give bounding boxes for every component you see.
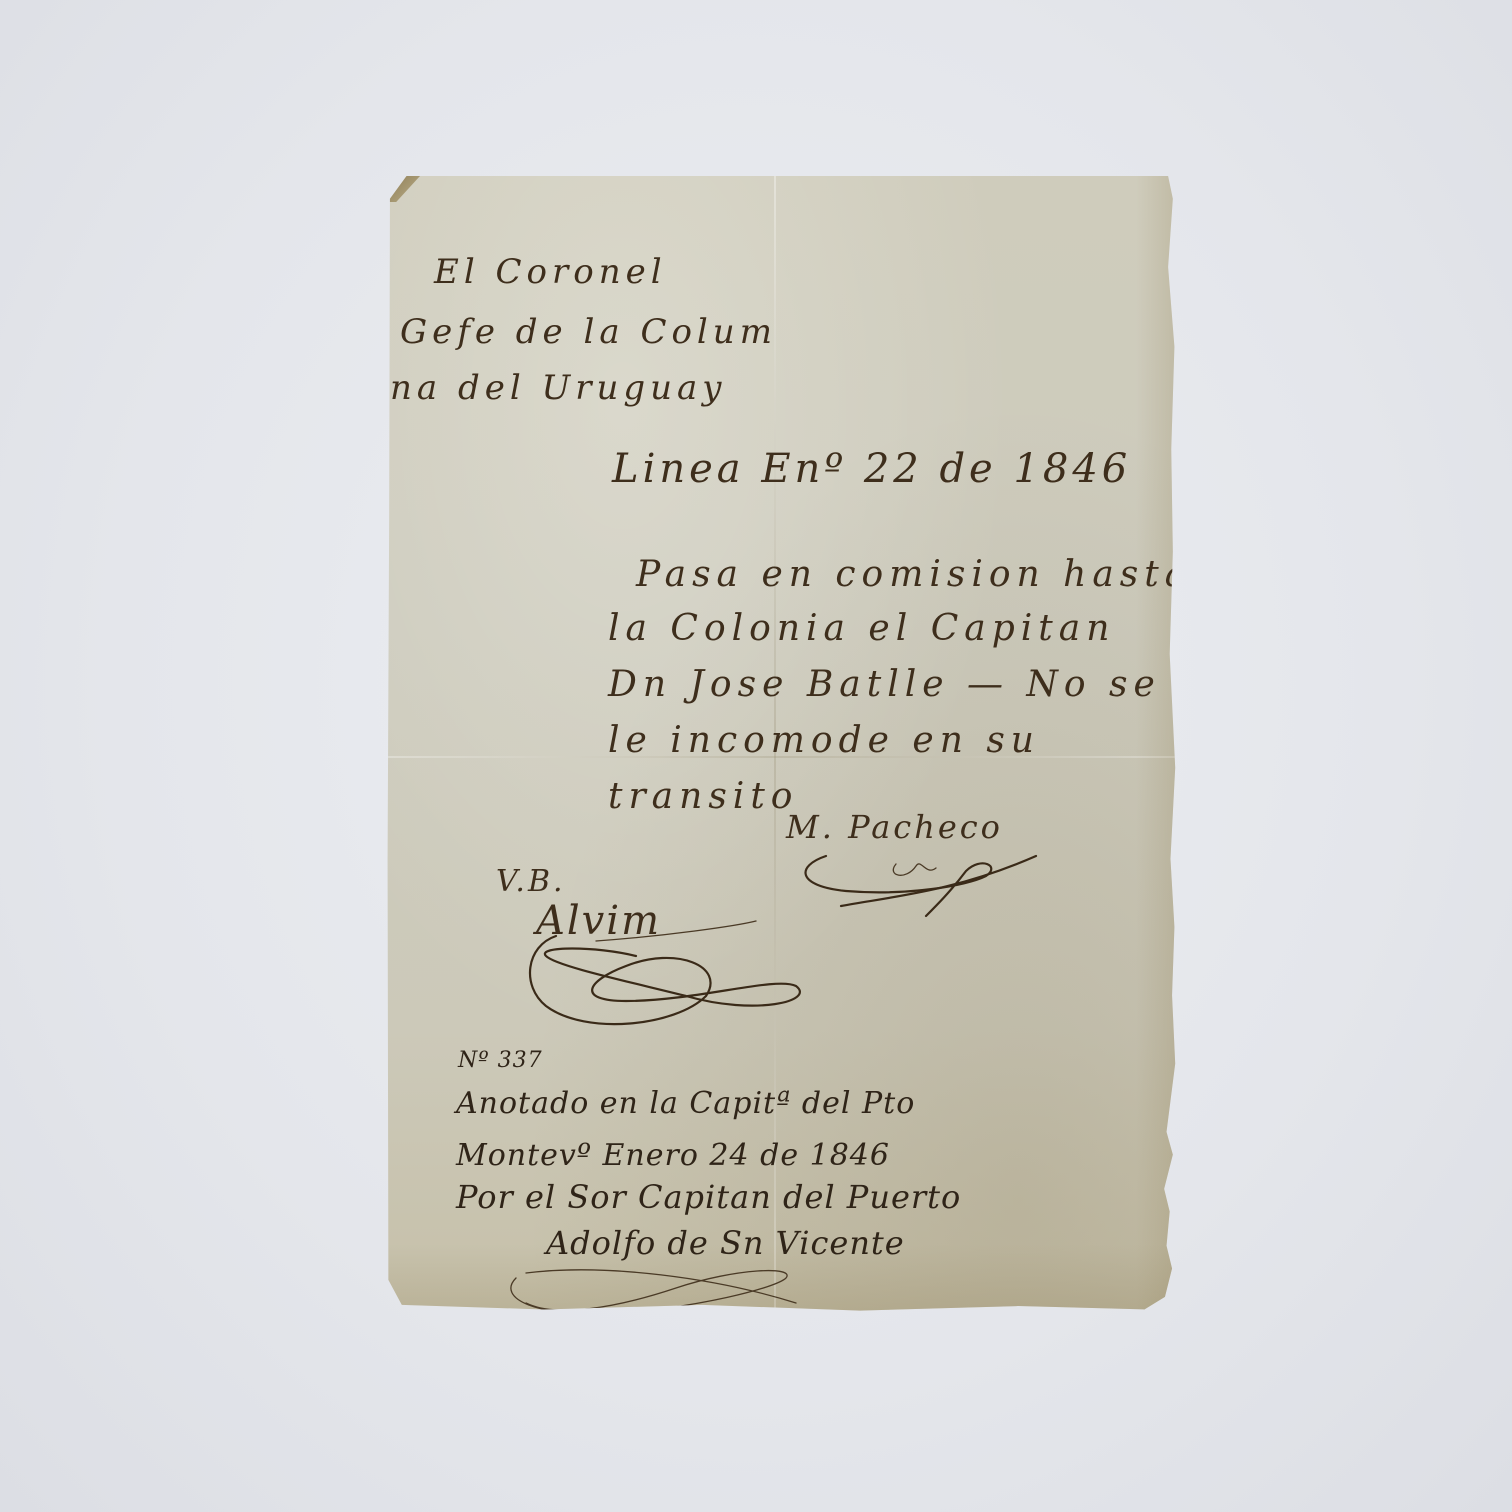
dateline: Linea Enº 22 de 1846 — [612, 446, 1131, 492]
address-line-2: Gefe de la Colum — [400, 312, 777, 352]
body-line-3: Dn Jose Batlle — No se — [608, 664, 1161, 705]
registry-number: Nº 337 — [458, 1048, 543, 1073]
document-sheet: El Coronel Gefe de la Colum na del Urugu… — [386, 176, 1176, 1314]
approval-flourish — [516, 906, 816, 1046]
signature-pacheco: M. Pacheco — [786, 808, 1003, 846]
registry-line-2: Montevº Enero 24 de 1846 — [456, 1138, 890, 1173]
registry-line-3: Por el Sor Capitan del Puerto — [456, 1178, 961, 1216]
body-line-2: la Colonia el Capitan — [608, 608, 1115, 649]
signature-rubric — [786, 846, 1046, 926]
address-line-1: El Coronel — [434, 252, 667, 292]
registry-signature: Adolfo de Sn Vicente — [546, 1224, 905, 1262]
body-line-5: transito — [608, 776, 798, 817]
registry-line-1: Anotado en la Capitª del Pto — [456, 1086, 915, 1121]
approval-mark: V.B. — [496, 864, 566, 899]
body-line-1: Pasa en comision hasta — [636, 554, 1192, 595]
address-line-3: na del Uruguay — [390, 368, 727, 408]
body-line-4: le incomode en su — [608, 720, 1040, 761]
